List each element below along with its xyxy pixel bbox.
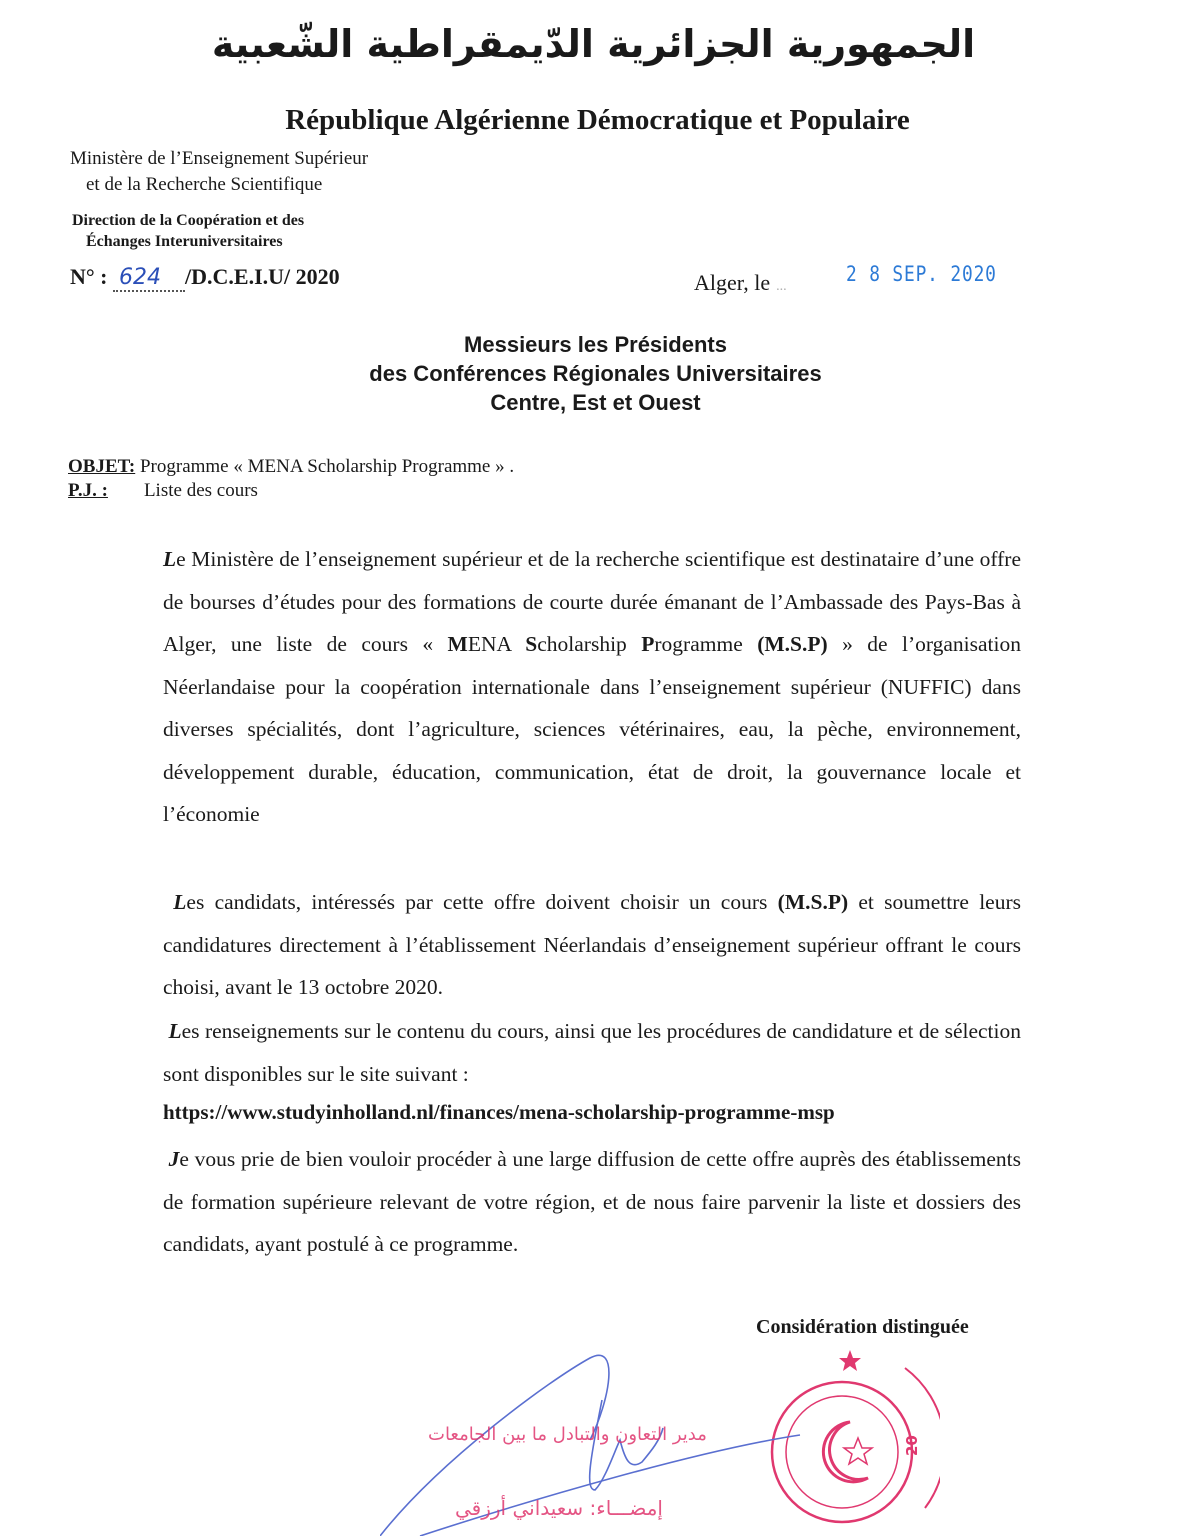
objet-label: OBJET: xyxy=(68,455,135,479)
reference-label: N° : xyxy=(70,264,108,289)
ministry-block: Ministère de l’Enseignement Supérieur et… xyxy=(70,146,368,198)
date-line: Alger, le... xyxy=(694,270,787,296)
direction-block: Direction de la Coopération et des Échan… xyxy=(72,210,304,252)
seal-number: 20 xyxy=(903,1435,921,1456)
text: es candidats, intéressés par cette offre… xyxy=(186,890,777,914)
dropcap: L xyxy=(173,890,186,914)
date-dots: ... xyxy=(776,279,787,294)
text: es renseignements sur le contenu du cour… xyxy=(163,1019,1021,1086)
bold-text: (M.S.P) xyxy=(757,632,827,656)
arabic-republic-title: الجمهورية الجزائرية الدّيمقراطية الشّعبي… xyxy=(0,22,1187,66)
bold-text: P xyxy=(641,632,654,656)
direction-line-2: Échanges Interuniversitaires xyxy=(72,231,304,252)
signatory-name-stamp: إمضـــاء: سعيداني أرزقي xyxy=(455,1496,663,1520)
recipients-line-3: Centre, Est et Ouest xyxy=(2,388,1187,417)
paragraph-1: Le Ministère de l’enseignement supérieur… xyxy=(163,538,1021,836)
text: rogramme xyxy=(654,632,757,656)
text: ENA xyxy=(468,632,525,656)
programme-url-link[interactable]: https://www.studyinholland.nl/finances/m… xyxy=(163,1100,835,1125)
date-place-label: Alger, le xyxy=(694,270,770,295)
signatory-title-stamp: مدير التعاون والتبادل ما بين الجامعات xyxy=(428,1424,707,1445)
ministry-line-2: et de la Recherche Scientifique xyxy=(70,172,368,198)
french-republic-title: République Algérienne Démocratique et Po… xyxy=(4,104,1187,137)
recipients-line-1: Messieurs les Présidents xyxy=(2,330,1187,359)
text: e vous prie de bien vouloir procéder à u… xyxy=(163,1147,1021,1256)
ministry-line-1: Ministère de l’Enseignement Supérieur xyxy=(70,146,368,172)
paragraph-2: Les candidats, intéressés par cette offr… xyxy=(163,881,1021,1009)
paragraph-3: Les renseignements sur le contenu du cou… xyxy=(163,1010,1021,1095)
bold-text: M xyxy=(448,632,468,656)
handwritten-reference-number: 624 xyxy=(113,265,185,292)
recipients-line-2: des Conférences Régionales Universitaire… xyxy=(2,359,1187,388)
bold-text: S xyxy=(525,632,537,656)
reference-suffix: /D.C.E.I.U/ 2020 xyxy=(185,264,340,289)
recipients-block: Messieurs les Présidents des Conférences… xyxy=(2,330,1187,417)
dropcap: L xyxy=(163,547,176,571)
closing-salutation: Considération distinguée xyxy=(756,1316,969,1339)
pj-label: P.J. : xyxy=(68,479,108,503)
seal-star-icon xyxy=(839,1350,861,1371)
dropcap: J xyxy=(169,1147,180,1171)
subject-block: OBJET: Programme « MENA Scholarship Prog… xyxy=(68,455,514,503)
text: » de l’organisation Néerlandaise pour la… xyxy=(163,632,1021,826)
text: cholarship xyxy=(537,632,641,656)
date-stamp: 2 8 SEP. 2020 xyxy=(846,262,997,286)
reference-number: N° : 624/D.C.E.I.U/ 2020 xyxy=(70,264,340,292)
paragraph-4: Je vous prie de bien vouloir procéder à … xyxy=(163,1138,1021,1266)
dropcap: L xyxy=(168,1019,181,1043)
pj-value: Liste des cours xyxy=(108,480,258,501)
objet-value: Programme « MENA Scholarship Programme »… xyxy=(140,456,514,477)
bold-text: (M.S.P) xyxy=(778,890,848,914)
direction-line-1: Direction de la Coopération et des xyxy=(72,210,304,231)
